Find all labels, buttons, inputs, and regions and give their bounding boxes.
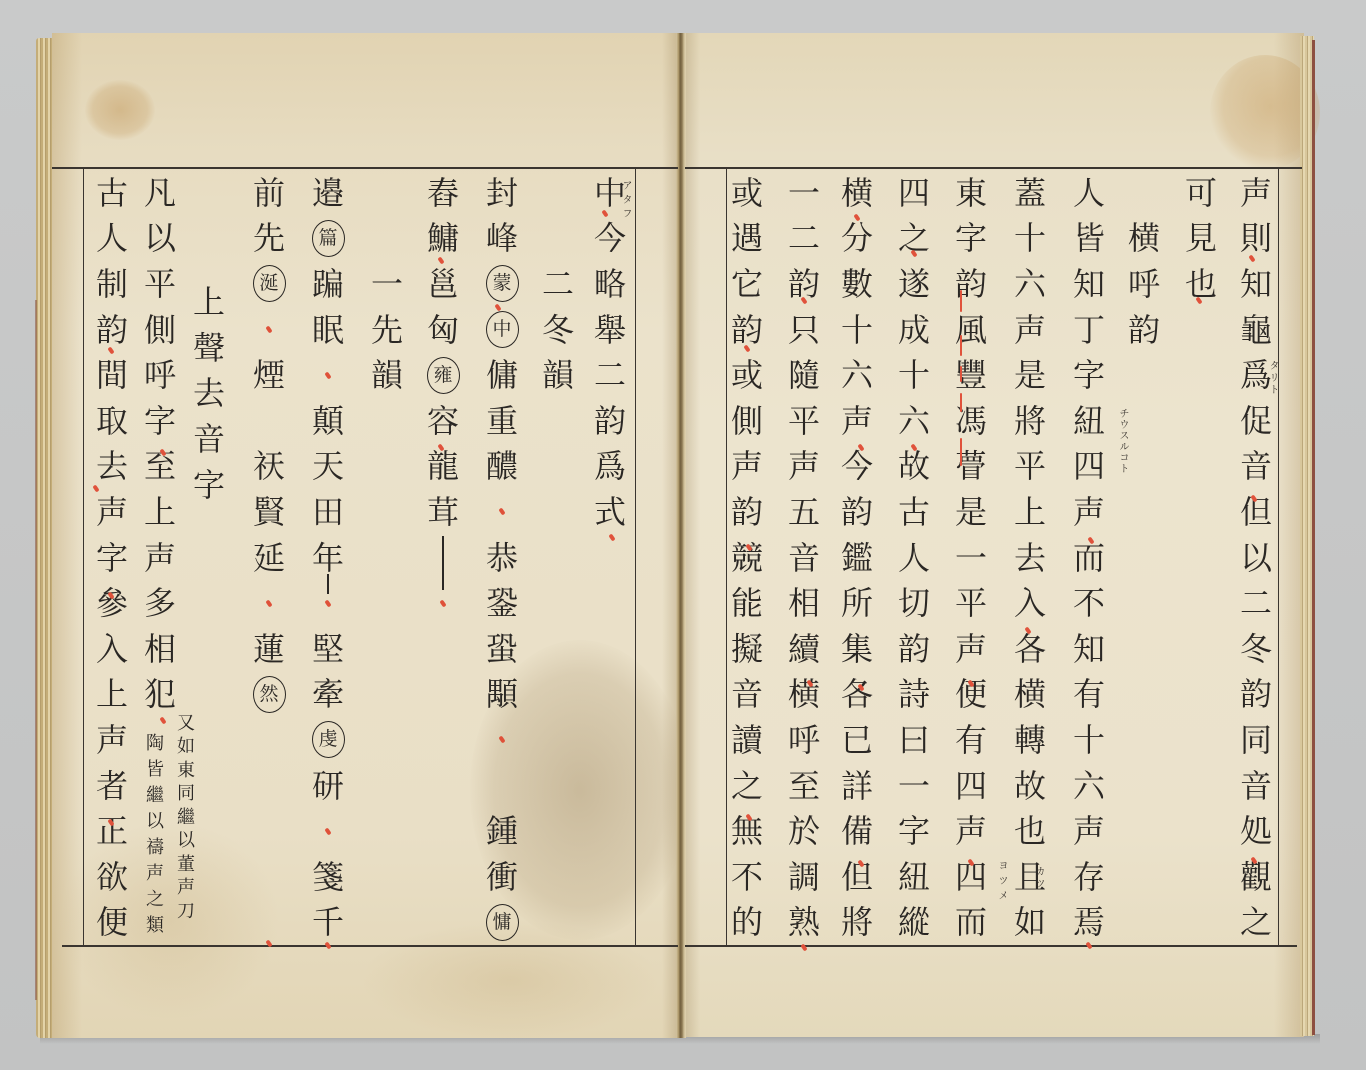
red-dot-cell	[479, 489, 525, 535]
red-side-line	[960, 438, 962, 466]
character: 以	[1233, 535, 1279, 581]
character: 傭	[479, 352, 525, 398]
character: 上	[137, 489, 183, 535]
character: 平	[137, 261, 183, 307]
character: 詳	[834, 763, 880, 809]
character: 如	[173, 736, 199, 760]
red-dot-cell	[305, 808, 351, 854]
character: 故	[1007, 763, 1053, 809]
character: 之	[142, 887, 168, 913]
circled-character: 涎	[253, 265, 286, 302]
character: 一	[364, 261, 410, 307]
red-side-line	[960, 290, 962, 312]
character: 声	[1007, 307, 1053, 353]
character: 董	[173, 853, 199, 877]
character: 鑑	[834, 535, 880, 581]
character: 制	[89, 261, 135, 307]
character: 參	[89, 580, 135, 626]
character: 声	[1066, 808, 1112, 854]
character: 二	[587, 352, 633, 398]
character: 詩	[891, 672, 937, 718]
character: 韵	[89, 307, 135, 353]
character: 能	[724, 580, 770, 626]
character: 隨	[781, 352, 827, 398]
right-frame-top-line	[685, 167, 1302, 169]
character: 式	[587, 489, 633, 535]
character: 田	[305, 489, 351, 535]
character: 所	[834, 580, 880, 626]
character: 呼	[1121, 261, 1167, 307]
circled-character-cell: 慵	[479, 900, 525, 946]
character: 的	[724, 900, 770, 946]
character: 是	[1007, 352, 1053, 398]
character: 相	[781, 580, 827, 626]
red-side-line	[960, 366, 962, 382]
character: 字	[1066, 352, 1112, 398]
character: 六	[891, 398, 937, 444]
text-column: 一二韵只隨平声五音相續横呼至於調熟	[781, 170, 827, 945]
text-column: 横分數十六声今韵鑑所集各已詳備但將	[834, 170, 880, 945]
character: 集	[834, 626, 880, 672]
character: 字	[137, 398, 183, 444]
character: 六	[1066, 763, 1112, 809]
character: 可	[1178, 170, 1224, 216]
character: 研	[305, 763, 351, 809]
character: 遇	[724, 216, 770, 262]
character: 六	[1007, 261, 1053, 307]
character: 馮	[948, 398, 994, 444]
water-stain	[85, 80, 155, 140]
character: 已	[834, 717, 880, 763]
text-column: 凡以平側呼字至上声多相犯	[137, 170, 183, 717]
circled-character-cell: 蒙	[479, 261, 525, 307]
left-frame-outer-border	[83, 167, 84, 947]
character: 促	[1233, 398, 1279, 444]
left-cover-edge	[35, 300, 37, 1000]
red-dot-mark	[324, 371, 331, 379]
character: 人	[891, 535, 937, 581]
character: 只	[781, 307, 827, 353]
character: 韵	[891, 626, 937, 672]
left-frame-bottom-line	[62, 945, 678, 947]
character: 者	[89, 763, 135, 809]
character: 便	[89, 900, 135, 946]
red-dot-cell	[305, 352, 351, 398]
character: 千	[305, 900, 351, 946]
character: 於	[781, 808, 827, 854]
character: 它	[724, 261, 770, 307]
character: 横	[834, 170, 880, 216]
right-cover-edge	[1312, 40, 1315, 1035]
character: 但	[1233, 489, 1279, 535]
text-column: 可見也	[1178, 170, 1224, 307]
character: 正	[89, 808, 135, 854]
character: 音	[1233, 444, 1279, 490]
character: 古	[89, 170, 135, 216]
character: 或	[724, 170, 770, 216]
character: 類	[142, 913, 168, 939]
blank-cell	[479, 763, 525, 809]
blank-cell	[246, 398, 292, 444]
character: 知	[1066, 626, 1112, 672]
character: 音	[1233, 763, 1279, 809]
character: 以	[173, 830, 199, 854]
character: 將	[1007, 398, 1053, 444]
text-column-heading: 二冬韻	[535, 261, 581, 398]
character: 顛	[305, 398, 351, 444]
interlinear-note-column: 陶皆繼以禱声之類	[142, 731, 168, 939]
character: 側	[137, 307, 183, 353]
character: 取	[89, 398, 135, 444]
red-dot-cell	[479, 717, 525, 763]
kana-annotation: タリト	[1267, 360, 1277, 396]
character: 顒	[479, 672, 525, 718]
character: 上	[89, 672, 135, 718]
text-column: 蓋十六声是將平上去入各横轉故也且如	[1007, 170, 1053, 945]
character: 焉	[1066, 900, 1112, 946]
brush-stroke-tail	[327, 574, 329, 594]
text-column: 東字韵風豐馮瞢是一平声便有四声四而	[948, 170, 994, 945]
character: 呼	[781, 717, 827, 763]
character: 欲	[89, 854, 135, 900]
character: 封	[479, 170, 525, 216]
character: 曰	[891, 717, 937, 763]
red-side-line	[960, 393, 962, 412]
character: 相	[137, 626, 183, 672]
character: 十	[834, 307, 880, 353]
circled-character-cell: 然	[246, 672, 292, 718]
character: 二	[781, 216, 827, 262]
circled-character: 蒙	[486, 265, 519, 302]
red-dot-mark	[265, 599, 272, 607]
character: 上	[1007, 489, 1053, 535]
character: 備	[834, 808, 880, 854]
character: 声	[89, 717, 135, 763]
character: 天	[305, 444, 351, 490]
character: 調	[781, 854, 827, 900]
character: 則	[1233, 216, 1279, 262]
character: 犯	[137, 672, 183, 718]
character: 存	[1066, 854, 1112, 900]
kana-annotation: ヨツメ	[996, 860, 1006, 905]
character: 韵	[834, 489, 880, 535]
character: 韵	[948, 261, 994, 307]
text-column-heading: 一先韻	[364, 261, 410, 398]
circled-character: 虔	[312, 721, 345, 758]
character: 間	[89, 352, 135, 398]
character: 字	[89, 535, 135, 581]
character: 一	[948, 535, 994, 581]
character: 容	[420, 398, 466, 444]
character: 同	[1233, 717, 1279, 763]
character: 舂	[420, 170, 466, 216]
character: 字	[891, 808, 937, 854]
character: 陶	[142, 731, 168, 757]
red-dot-mark	[324, 599, 331, 607]
red-dot-cell	[246, 580, 292, 626]
character: 見	[1178, 216, 1224, 262]
character: 十	[1066, 717, 1112, 763]
character: 禱	[142, 835, 168, 861]
character: 瞢	[948, 444, 994, 490]
character: 平	[1007, 444, 1053, 490]
character: 同	[173, 783, 199, 807]
character: 至	[781, 763, 827, 809]
red-dot-mark	[498, 508, 505, 516]
character: 龜	[1233, 307, 1279, 353]
kana-annotation: アタフ	[620, 180, 630, 222]
character: 冬	[535, 307, 581, 353]
character: 將	[834, 900, 880, 946]
circled-character: 篇	[312, 220, 345, 257]
character: 切	[891, 580, 937, 626]
left-frame-top-line	[52, 167, 678, 169]
character: 不	[1066, 580, 1112, 626]
character: 衝	[479, 854, 525, 900]
character: 煙	[246, 352, 292, 398]
text-column-heading: 上聲去音字	[186, 279, 232, 507]
character: 舉	[587, 307, 633, 353]
red-dot-mark	[265, 326, 272, 334]
character: 或	[724, 352, 770, 398]
character: 横	[1007, 672, 1053, 718]
character: 匈	[420, 307, 466, 353]
character: 十	[1007, 216, 1053, 262]
character: 丁	[1066, 307, 1112, 353]
circled-character: 中	[486, 311, 519, 348]
red-side-line	[960, 335, 962, 356]
red-dot-cell	[246, 307, 292, 353]
character: 声	[781, 444, 827, 490]
character: 五	[781, 489, 827, 535]
character: 轉	[1007, 717, 1053, 763]
character: 声	[173, 877, 199, 901]
character: 凡	[137, 170, 183, 216]
circled-character: 然	[253, 676, 286, 713]
character: 東	[948, 170, 994, 216]
red-dot-mark	[324, 827, 331, 835]
character: 声	[142, 861, 168, 887]
character: 声	[834, 398, 880, 444]
character: 刀	[173, 900, 199, 924]
character: 前	[246, 170, 292, 216]
character: 蹁	[305, 261, 351, 307]
character: 六	[834, 352, 880, 398]
character: 音	[781, 535, 827, 581]
red-dot-mark	[439, 599, 446, 607]
character: 之	[1233, 900, 1279, 946]
character: 恭	[479, 535, 525, 581]
character: 邉	[305, 170, 351, 216]
character: 聲	[186, 325, 232, 371]
character: 韵	[587, 398, 633, 444]
character: 去	[186, 371, 232, 417]
text-column: 古人制韵間取去声字參入上声者正欲便	[89, 170, 135, 945]
character: 豐	[948, 352, 994, 398]
character: 爲	[587, 444, 633, 490]
character: 十	[891, 352, 937, 398]
character: 以	[137, 216, 183, 262]
character: 鱅	[420, 216, 466, 262]
character: 去	[89, 444, 135, 490]
character: 眠	[305, 307, 351, 353]
character: 声	[137, 535, 183, 581]
circled-character-cell: 雍	[420, 352, 466, 398]
book-spine-gutter	[676, 33, 686, 1038]
character: 而	[948, 900, 994, 946]
character: 重	[479, 398, 525, 444]
circled-character: 慵	[486, 904, 519, 941]
circled-character-cell: 涎	[246, 261, 292, 307]
character: 韵	[724, 489, 770, 535]
character: 声	[724, 444, 770, 490]
character: 各	[834, 672, 880, 718]
character: 二	[1233, 580, 1279, 626]
character: 有	[948, 717, 994, 763]
character: 入	[1007, 580, 1053, 626]
character: 之	[724, 763, 770, 809]
character: 茸	[420, 489, 466, 535]
circled-character-cell: 篇	[305, 216, 351, 262]
text-column: 邉篇蹁眠顛天田年堅牽虔研箋千	[305, 170, 351, 945]
character: 字	[186, 462, 232, 508]
character: 入	[89, 626, 135, 672]
character: 今	[587, 216, 633, 262]
character: 韻	[364, 352, 410, 398]
left-frame-inner-border	[635, 167, 636, 947]
character: 声	[89, 489, 135, 535]
character: 邕	[420, 261, 466, 307]
character: 龍	[420, 444, 466, 490]
character: 四	[948, 763, 994, 809]
text-column: 中今略舉二韵爲式	[587, 170, 633, 535]
circled-character-cell: 中	[479, 307, 525, 353]
character: 皆	[1066, 216, 1112, 262]
character: 銎	[479, 580, 525, 626]
circled-character: 雍	[427, 357, 460, 394]
character: 一	[891, 763, 937, 809]
right-frame-bottom-line	[685, 945, 1297, 947]
character: 知	[1066, 261, 1112, 307]
kana-annotation: カツ	[1033, 866, 1043, 890]
character: 不	[724, 854, 770, 900]
character: 先	[364, 307, 410, 353]
character: 知	[1233, 261, 1279, 307]
text-column: 封峰蒙中傭重醲恭銎蛩顒鍾衝慵	[479, 170, 525, 945]
character: 繼	[173, 806, 199, 830]
character: 今	[834, 444, 880, 490]
character: 牽	[305, 672, 351, 718]
character: 擬	[724, 626, 770, 672]
character: 競	[724, 535, 770, 581]
character: 横	[1121, 216, 1167, 262]
character: 續	[781, 626, 827, 672]
red-dot-mark	[498, 736, 505, 744]
character: 箋	[305, 854, 351, 900]
character: 也	[1007, 808, 1053, 854]
text-column: 或遇它韵或側声韵競能擬音讀之無不的	[724, 170, 770, 945]
text-column-heading: 横呼韵	[1121, 216, 1167, 353]
character: 便	[948, 672, 994, 718]
character: 有	[1066, 672, 1112, 718]
character: 祆	[246, 444, 292, 490]
character: 冬	[1233, 626, 1279, 672]
character: 蛩	[479, 626, 525, 672]
character: 分	[834, 216, 880, 262]
character: 韵	[1121, 307, 1167, 353]
text-column: 声則知龜爲促音但以二冬韵同音処觀之	[1233, 170, 1279, 945]
character: 且	[1007, 854, 1053, 900]
character: 以	[142, 809, 168, 835]
character: 遂	[891, 261, 937, 307]
character: 処	[1233, 808, 1279, 854]
character: 側	[724, 398, 770, 444]
character: 鍾	[479, 808, 525, 854]
character: 韵	[1233, 672, 1279, 718]
character: 呼	[137, 352, 183, 398]
character: 人	[1066, 170, 1112, 216]
character: 風	[948, 307, 994, 353]
character: 是	[948, 489, 994, 535]
character: 讀	[724, 717, 770, 763]
character: 繼	[142, 783, 168, 809]
character: 蓋	[1007, 170, 1053, 216]
character: 紐	[891, 854, 937, 900]
character: 横	[781, 672, 827, 718]
text-column: 人皆知丁字紐四声而不知有十六声存焉	[1066, 170, 1112, 945]
character: 熟	[781, 900, 827, 946]
character: 賢	[246, 489, 292, 535]
character: 延	[246, 535, 292, 581]
character: 声	[1066, 489, 1112, 535]
character: 如	[1007, 900, 1053, 946]
character: 堅	[305, 626, 351, 672]
character: 声	[1233, 170, 1279, 216]
character: 蓮	[246, 626, 292, 672]
character: 縱	[891, 900, 937, 946]
character: 數	[834, 261, 880, 307]
kana-annotation: チウスルコト	[1117, 408, 1127, 474]
character: 字	[948, 216, 994, 262]
character: 音	[186, 416, 232, 462]
character: 平	[948, 580, 994, 626]
character: 一	[781, 170, 827, 216]
character: 声	[948, 808, 994, 854]
character: 多	[137, 580, 183, 626]
character: 紐	[1066, 398, 1112, 444]
character: 峰	[479, 216, 525, 262]
character: 略	[587, 261, 633, 307]
brush-stroke-tail	[442, 536, 444, 590]
character: 成	[891, 307, 937, 353]
character: 醲	[479, 444, 525, 490]
text-column: 前先涎煙祆賢延蓮然	[246, 170, 292, 717]
character: 皆	[142, 757, 168, 783]
character: 韻	[535, 352, 581, 398]
character: 東	[173, 759, 199, 783]
text-column: 四之遂成十六故古人切韵詩曰一字紐縱	[891, 170, 937, 945]
interlinear-note-column: 又如東同繼以董声刀	[173, 712, 199, 924]
character: 四	[891, 170, 937, 216]
character: 先	[246, 216, 292, 262]
character: 人	[89, 216, 135, 262]
character: 平	[781, 398, 827, 444]
character: 四	[1066, 444, 1112, 490]
character: 又	[173, 712, 199, 736]
character: 去	[1007, 535, 1053, 581]
character: 上	[186, 279, 232, 325]
character: 古	[891, 489, 937, 535]
